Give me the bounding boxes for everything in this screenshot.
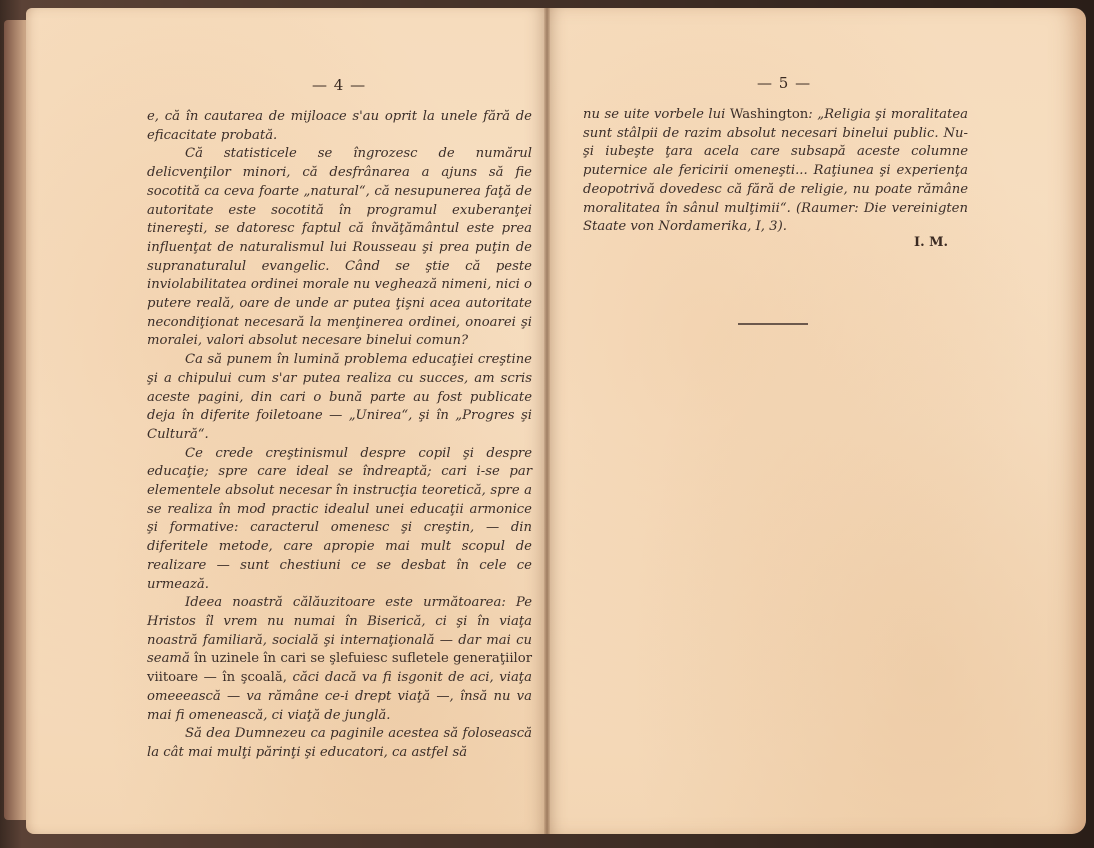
quote-paragraph: nu se uite vorbele lui Washington: „Reli…	[583, 106, 968, 237]
author-signature: I. M.	[914, 235, 948, 250]
paragraph: Ca să punem în lumină problema educaţiei…	[147, 351, 532, 445]
quote-text: : „Religia şi moralitatea sunt stâlpii d…	[583, 107, 968, 216]
section-divider	[738, 323, 808, 325]
paragraph: Să dea Dumnezeu ca paginile acestea să f…	[147, 725, 532, 762]
page-number-right: — 5 —	[757, 74, 811, 92]
paragraph: Că statisticele se îngrozesc de numărul …	[147, 145, 532, 351]
paragraph-lead: Ideea noastră călăuzitoare este următoar…	[147, 594, 532, 725]
book-gutter	[544, 8, 550, 834]
quote-author: Washington	[730, 107, 808, 122]
paragraph-text: Ideea noastră călăuzitoare este următoar…	[147, 595, 532, 647]
right-page-text: nu se uite vorbele lui Washington: „Reli…	[583, 106, 968, 237]
paragraph: e, că în cautarea de mijloace s'au oprit…	[147, 108, 532, 145]
quote-intro: nu se uite vorbele lui	[583, 107, 730, 122]
paragraph: Ce crede creştinismul despre copil şi de…	[147, 445, 532, 595]
page-number-left: — 4 —	[312, 76, 366, 94]
left-page-text: e, că în cautarea de mijloace s'au oprit…	[147, 108, 532, 763]
